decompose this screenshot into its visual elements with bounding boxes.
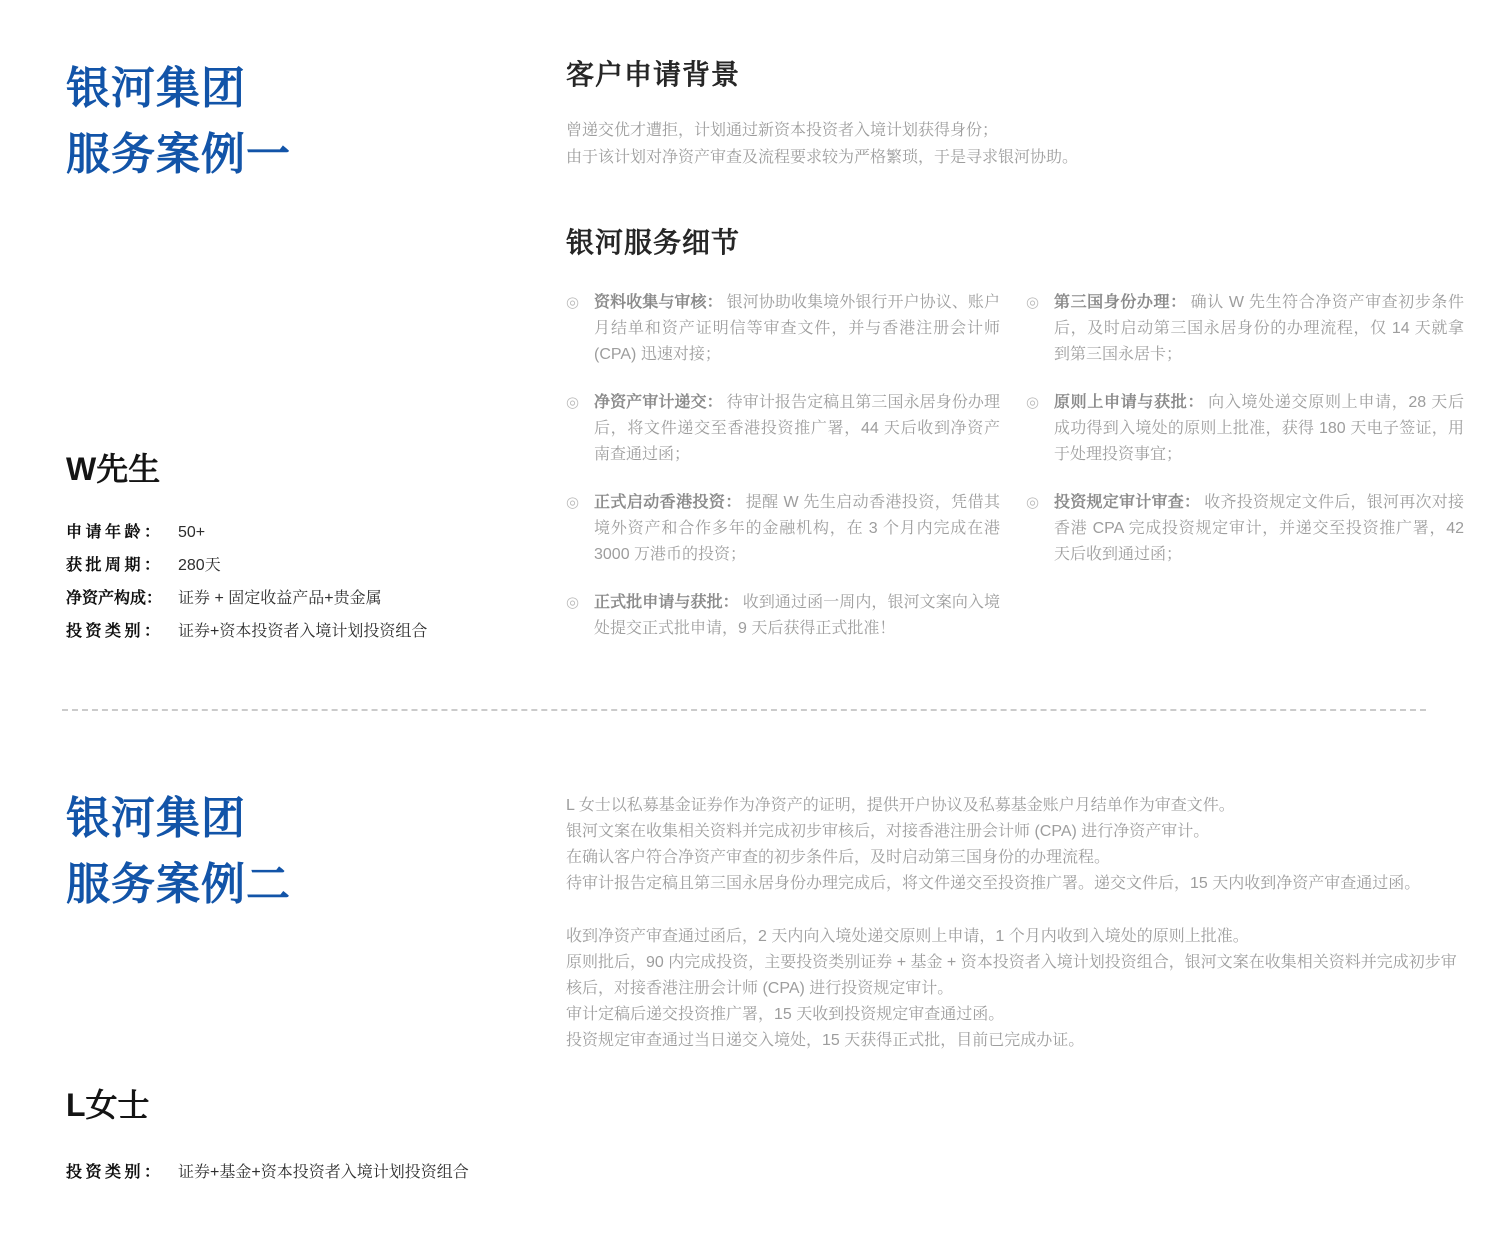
bullseye-bullet-icon: ◎ — [566, 290, 594, 368]
service-detail-item: ◎ 净资产审计递交：待审计报告定稿且第三国永居身份办理后，将文件递交至香港投资推… — [566, 390, 1000, 468]
service-detail-item: ◎ 第三国身份办理：确认 W 先生符合净资产审查初步条件后，及时启动第三国永居身… — [1026, 290, 1464, 368]
client-info-value: 280天 — [178, 557, 221, 574]
service-detail-item: ◎ 正式批申请与获批：收到通过函一周内，银河文案向入境处提交正式批申请，9 天后… — [566, 590, 1000, 642]
case2-paragraph-line: L 女士以私募基金证券作为净资产的证明，提供开户协议及私募基金账户月结单作为审查… — [566, 793, 1458, 819]
client-name: W先生 — [66, 450, 427, 488]
service-detail-item: ◎ 资料收集与审核：银河协助收集境外银行开户协议、账户月结单和资产证明信等审查文… — [566, 290, 1000, 368]
bullseye-bullet-icon: ◎ — [1026, 290, 1054, 368]
client-info-row: 投资类别：证券+资本投资者入境计划投资组合 — [66, 615, 427, 648]
service-detail-item: ◎ 原则上申请与获批：向入境处递交原则上申请，28 天后成功得到入境处的原则上批… — [1026, 390, 1464, 468]
service-details-col1: ◎ 资料收集与审核：银河协助收集境外银行开户协议、账户月结单和资产证明信等审查文… — [566, 290, 1000, 664]
case2-paragraphs: L 女士以私募基金证券作为净资产的证明，提供开户协议及私募基金账户月结单作为审查… — [566, 793, 1458, 1054]
detail-label: 资料收集与审核： — [594, 294, 723, 311]
case2-title-line2: 服务案例二 — [66, 852, 291, 918]
background-heading: 客户申请背景 — [566, 58, 740, 92]
detail-label: 正式启动香港投资： — [594, 494, 742, 511]
service-details-heading: 银河服务细节 — [566, 226, 740, 260]
client-info: 申请年龄：50+ 获批周期：280天 净资产构成：证券 + 固定收益产品+贵金属… — [66, 516, 427, 648]
client-info-row: 净资产构成：证券 + 固定收益产品+贵金属 — [66, 582, 427, 615]
case2-title: 银河集团 服务案例二 — [66, 786, 291, 918]
client-info-row: 获批周期：280天 — [66, 549, 427, 582]
case1-title-line2: 服务案例一 — [66, 122, 291, 188]
case-study-page: 银河集团 服务案例一 客户申请背景 曾递交优才遭拒，计划通过新资本投资者入境计划… — [0, 0, 1488, 1244]
detail-label: 投资规定审计审查： — [1054, 494, 1200, 511]
case2-paragraph-line: 原则批后，90 内完成投资，主要投资类别证券 + 基金 + 资本投资者入境计划投… — [566, 950, 1458, 1002]
background-text-line: 由于该计划对净资产审查及流程要求较为严格繁琐，于是寻求银河协助。 — [566, 144, 1466, 171]
bullseye-bullet-icon: ◎ — [1026, 490, 1054, 568]
case2-paragraph-line: 投资规定审查通过当日递交入境处，15 天获得正式批，目前已完成办证。 — [566, 1028, 1458, 1054]
client-info-value: 证券+基金+资本投资者入境计划投资组合 — [178, 1164, 469, 1181]
client-info-row: 申请年龄：50+ — [66, 516, 427, 549]
detail-label: 第三国身份办理： — [1054, 294, 1187, 311]
case2-paragraph-line: 银河文案在收集相关资料并完成初步审核后，对接香港注册会计师 (CPA) 进行净资… — [566, 819, 1458, 845]
case1-title: 银河集团 服务案例一 — [66, 56, 291, 188]
case2-paragraph-2: 收到净资产审查通过函后，2 天内向入境处递交原则上申请，1 个月内收到入境处的原… — [566, 924, 1458, 1054]
service-detail-item: ◎ 正式启动香港投资：提醒 W 先生启动香港投资，凭借其境外资产和合作多年的金融… — [566, 490, 1000, 568]
case2-paragraph-line: 待审计报告定稿且第三国永居身份办理完成后，将文件递交至投资推广署。递交文件后，1… — [566, 871, 1458, 897]
case2-paragraph-line: 审计定稿后递交投资推广署，15 天收到投资规定审查通过函。 — [566, 1002, 1458, 1028]
case2-paragraph-line: 收到净资产审查通过函后，2 天内向入境处递交原则上申请，1 个月内收到入境处的原… — [566, 924, 1458, 950]
case2-paragraph-line: 在确认客户符合净资产审查的初步条件后，及时启动第三国身份的办理流程。 — [566, 845, 1458, 871]
client-info-label: 投资类别： — [66, 1156, 160, 1189]
bullseye-bullet-icon: ◎ — [1026, 390, 1054, 468]
bullseye-bullet-icon: ◎ — [566, 390, 594, 468]
dashed-divider — [62, 709, 1426, 711]
detail-label: 正式批申请与获批： — [594, 594, 739, 611]
case2-title-line1: 银河集团 — [66, 786, 291, 852]
case1-title-line1: 银河集团 — [66, 56, 291, 122]
client-w-block: W先生 申请年龄：50+ 获批周期：280天 净资产构成：证券 + 固定收益产品… — [66, 450, 427, 648]
client-info-label: 获批周期： — [66, 549, 160, 582]
case2-paragraph-1: L 女士以私募基金证券作为净资产的证明，提供开户协议及私募基金账户月结单作为审查… — [566, 793, 1458, 897]
client-info-value: 证券 + 固定收益产品+贵金属 — [178, 590, 382, 607]
service-details-col2: ◎ 第三国身份办理：确认 W 先生符合净资产审查初步条件后，及时启动第三国永居身… — [1026, 290, 1464, 590]
client-info-value: 证券+资本投资者入境计划投资组合 — [178, 623, 427, 640]
client-info-row: 投资类别：证券+基金+资本投资者入境计划投资组合 — [66, 1156, 469, 1189]
client-name: L女士 — [66, 1086, 469, 1124]
background-text: 曾递交优才遭拒，计划通过新资本投资者入境计划获得身份； 由于该计划对净资产审查及… — [566, 117, 1466, 171]
bullseye-bullet-icon: ◎ — [566, 590, 594, 642]
client-info: 投资类别：证券+基金+资本投资者入境计划投资组合 — [66, 1156, 469, 1189]
background-text-line: 曾递交优才遭拒，计划通过新资本投资者入境计划获得身份； — [566, 117, 1466, 144]
client-info-value: 50+ — [178, 524, 205, 541]
client-l-block: L女士 投资类别：证券+基金+资本投资者入境计划投资组合 — [66, 1086, 469, 1189]
client-info-label: 投资类别： — [66, 615, 160, 648]
service-detail-item: ◎ 投资规定审计审查：收齐投资规定文件后，银河再次对接香港 CPA 完成投资规定… — [1026, 490, 1464, 568]
detail-label: 净资产审计递交： — [594, 394, 723, 411]
client-info-label: 申请年龄： — [66, 516, 160, 549]
detail-label: 原则上申请与获批： — [1054, 394, 1204, 411]
bullseye-bullet-icon: ◎ — [566, 490, 594, 568]
client-info-label: 净资产构成： — [66, 582, 160, 615]
